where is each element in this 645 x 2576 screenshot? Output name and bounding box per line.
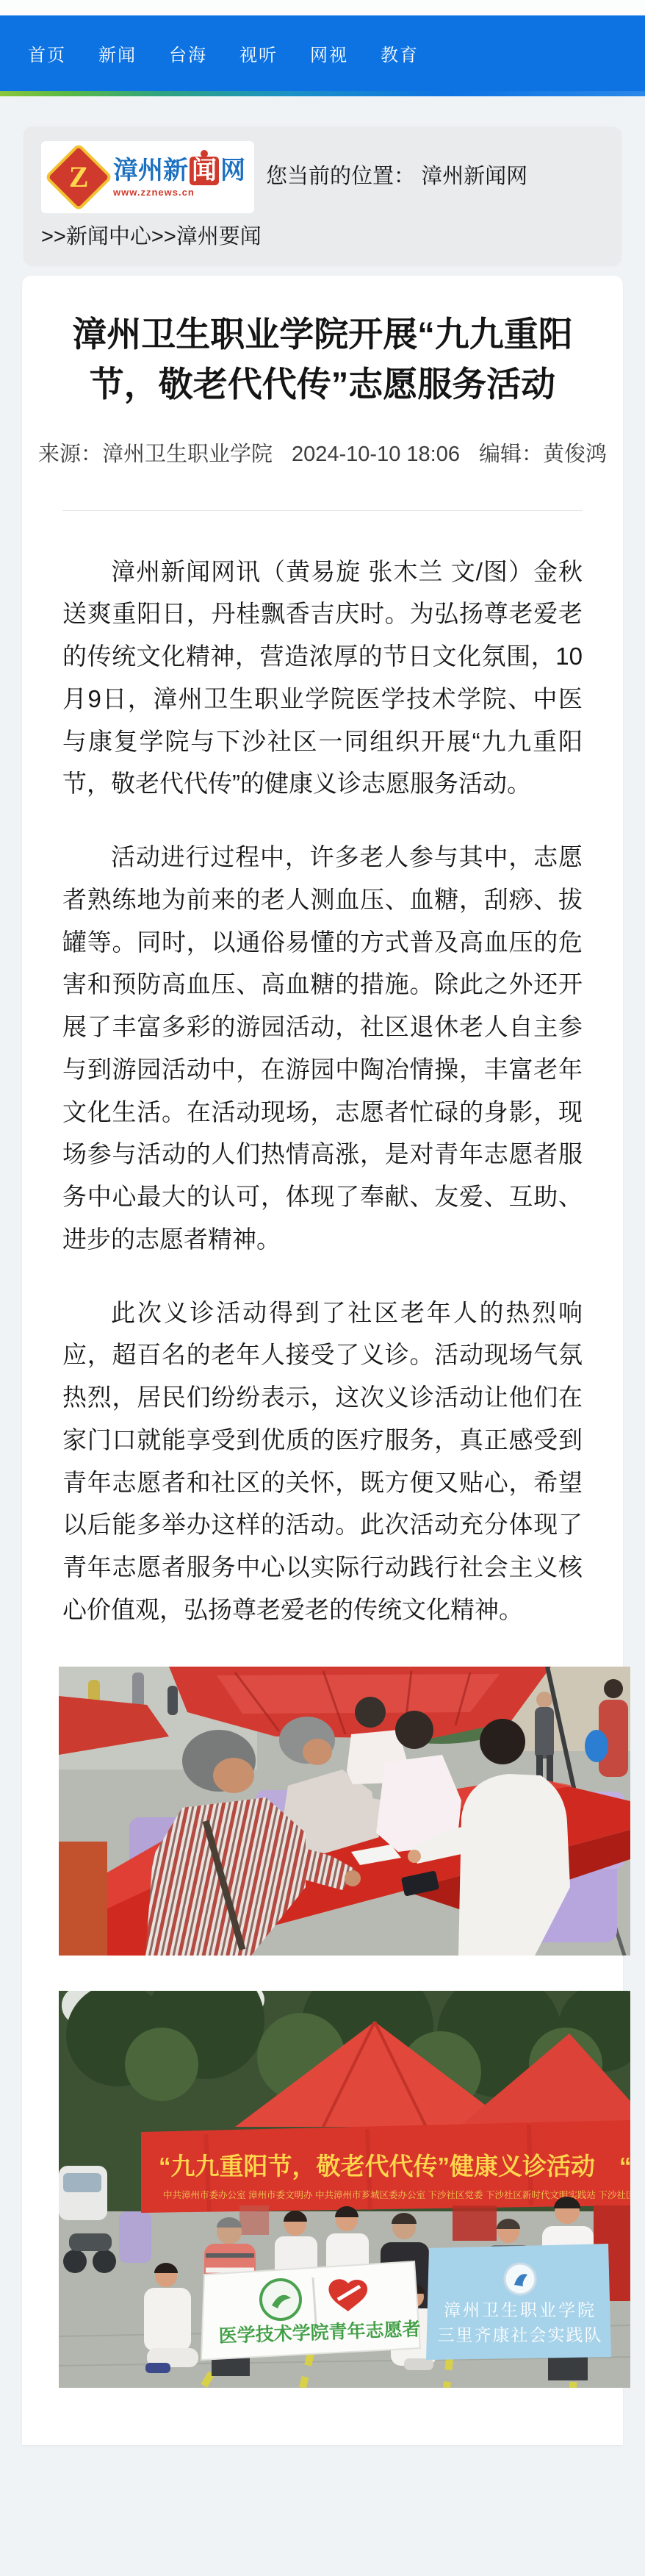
photo1-illustration [59, 1667, 630, 1956]
practice-team-blue-banner: 漳州卫生职业学院 三里齐康社会实践队 [426, 2244, 611, 2360]
breadcrumb-link-news-center[interactable]: 新闻中心 [66, 225, 151, 248]
article-paragraph: 活动进行过程中，许多老人参与其中，志愿者熟练地为前来的老人测血压、血糖，刮痧、拔… [62, 836, 583, 1261]
event-banner: “九九重阳节，敬老代代传”健康义诊活动 “诚信 中共漳州市委办公室 漳州市委文明… [141, 2120, 630, 2213]
site-logo[interactable]: Z 漳州新 闻 网 www.zznews.cn [41, 141, 254, 213]
article-photo-group-banner: “九九重阳节，敬老代代传”健康义诊活动 “诚信 中共漳州市委办公室 漳州市委文明… [59, 1991, 586, 2388]
article-meta: 来源：漳州卫生职业学院2024-10-10 18:06编辑：黄俊鸿 [22, 436, 623, 473]
breadcrumb-location: 您当前的位置： 漳州新闻网 [266, 161, 527, 193]
foreground-cloth [59, 1842, 107, 1956]
breadcrumb-path: >>新闻中心>>漳州要闻 [41, 222, 604, 252]
nav-item-education[interactable]: 教育 [381, 40, 419, 66]
breadcrumb-card: Z 漳州新 闻 网 www.zznews.cn 您当前的位置： 漳州新闻网 >>… [24, 126, 621, 265]
nav-gradient-underline [0, 91, 645, 96]
article-title: 漳州卫生职业学院开展“九九重阳节，敬老代代传”志愿服务活动 [70, 310, 575, 409]
blue-banner-line2: 三里齐康社会实践队 [438, 2325, 603, 2344]
logo-site-name: 漳州新 闻 网 [113, 157, 245, 185]
article-source: 来源：漳州卫生职业学院 [38, 443, 273, 466]
article-paragraph: 漳州新闻网讯（黄易旋 张木兰 文/图）金秋送爽重阳日，丹桂飘香吉庆时。为弘扬尊老… [62, 551, 583, 806]
browser-top-strip [0, 0, 645, 15]
photo2-illustration: “九九重阳节，敬老代代传”健康义诊活动 “诚信 中共漳州市委办公室 漳州市委文明… [59, 1991, 630, 2388]
article-body: 漳州新闻网讯（黄易旋 张木兰 文/图）金秋送爽重阳日，丹桂飘香吉庆时。为弘扬尊老… [22, 511, 623, 1631]
article-photo-clinic-tables [59, 1667, 586, 1956]
breadcrumb-link-site[interactable]: 漳州新闻网 [421, 165, 527, 188]
logo-site-url: www.zznews.cn [113, 187, 195, 198]
volunteer-white-banner: 医学技术学院青年志愿者 [201, 2261, 421, 2360]
article-paragraph: 此次义诊活动得到了社区老年人的热烈响应，超百名的老年人接受了义诊。活动现场气氛热… [62, 1292, 583, 1631]
nav-item-taihai[interactable]: 台海 [169, 40, 207, 66]
nav-item-video[interactable]: 视听 [239, 40, 278, 66]
blue-banner-line1: 漳州卫生职业学院 [444, 2300, 597, 2319]
nav-item-news[interactable]: 新闻 [98, 40, 137, 66]
logo-diamond-icon: Z [44, 143, 112, 211]
breadcrumb-link-section[interactable]: 漳州要闻 [176, 225, 262, 248]
breadcrumb-separator: >> [41, 225, 66, 248]
article-editor: 编辑：黄俊鸿 [479, 443, 607, 466]
main-nav: 首页 新闻 台海 视听 网视 教育 [0, 15, 645, 91]
article-card: 漳州卫生职业学院开展“九九重阳节，敬老代代传”志愿服务活动 来源：漳州卫生职业学… [22, 276, 623, 2445]
nav-item-webtv[interactable]: 网视 [310, 40, 348, 66]
breadcrumb-separator: >> [151, 225, 176, 248]
article-date: 2024-10-10 [292, 443, 400, 466]
banner-main-text: “九九重阳节，敬老代代传”健康义诊活动 “诚信 [159, 2153, 630, 2180]
nav-item-home[interactable]: 首页 [28, 40, 66, 66]
article-time: 18:06 [406, 443, 460, 466]
